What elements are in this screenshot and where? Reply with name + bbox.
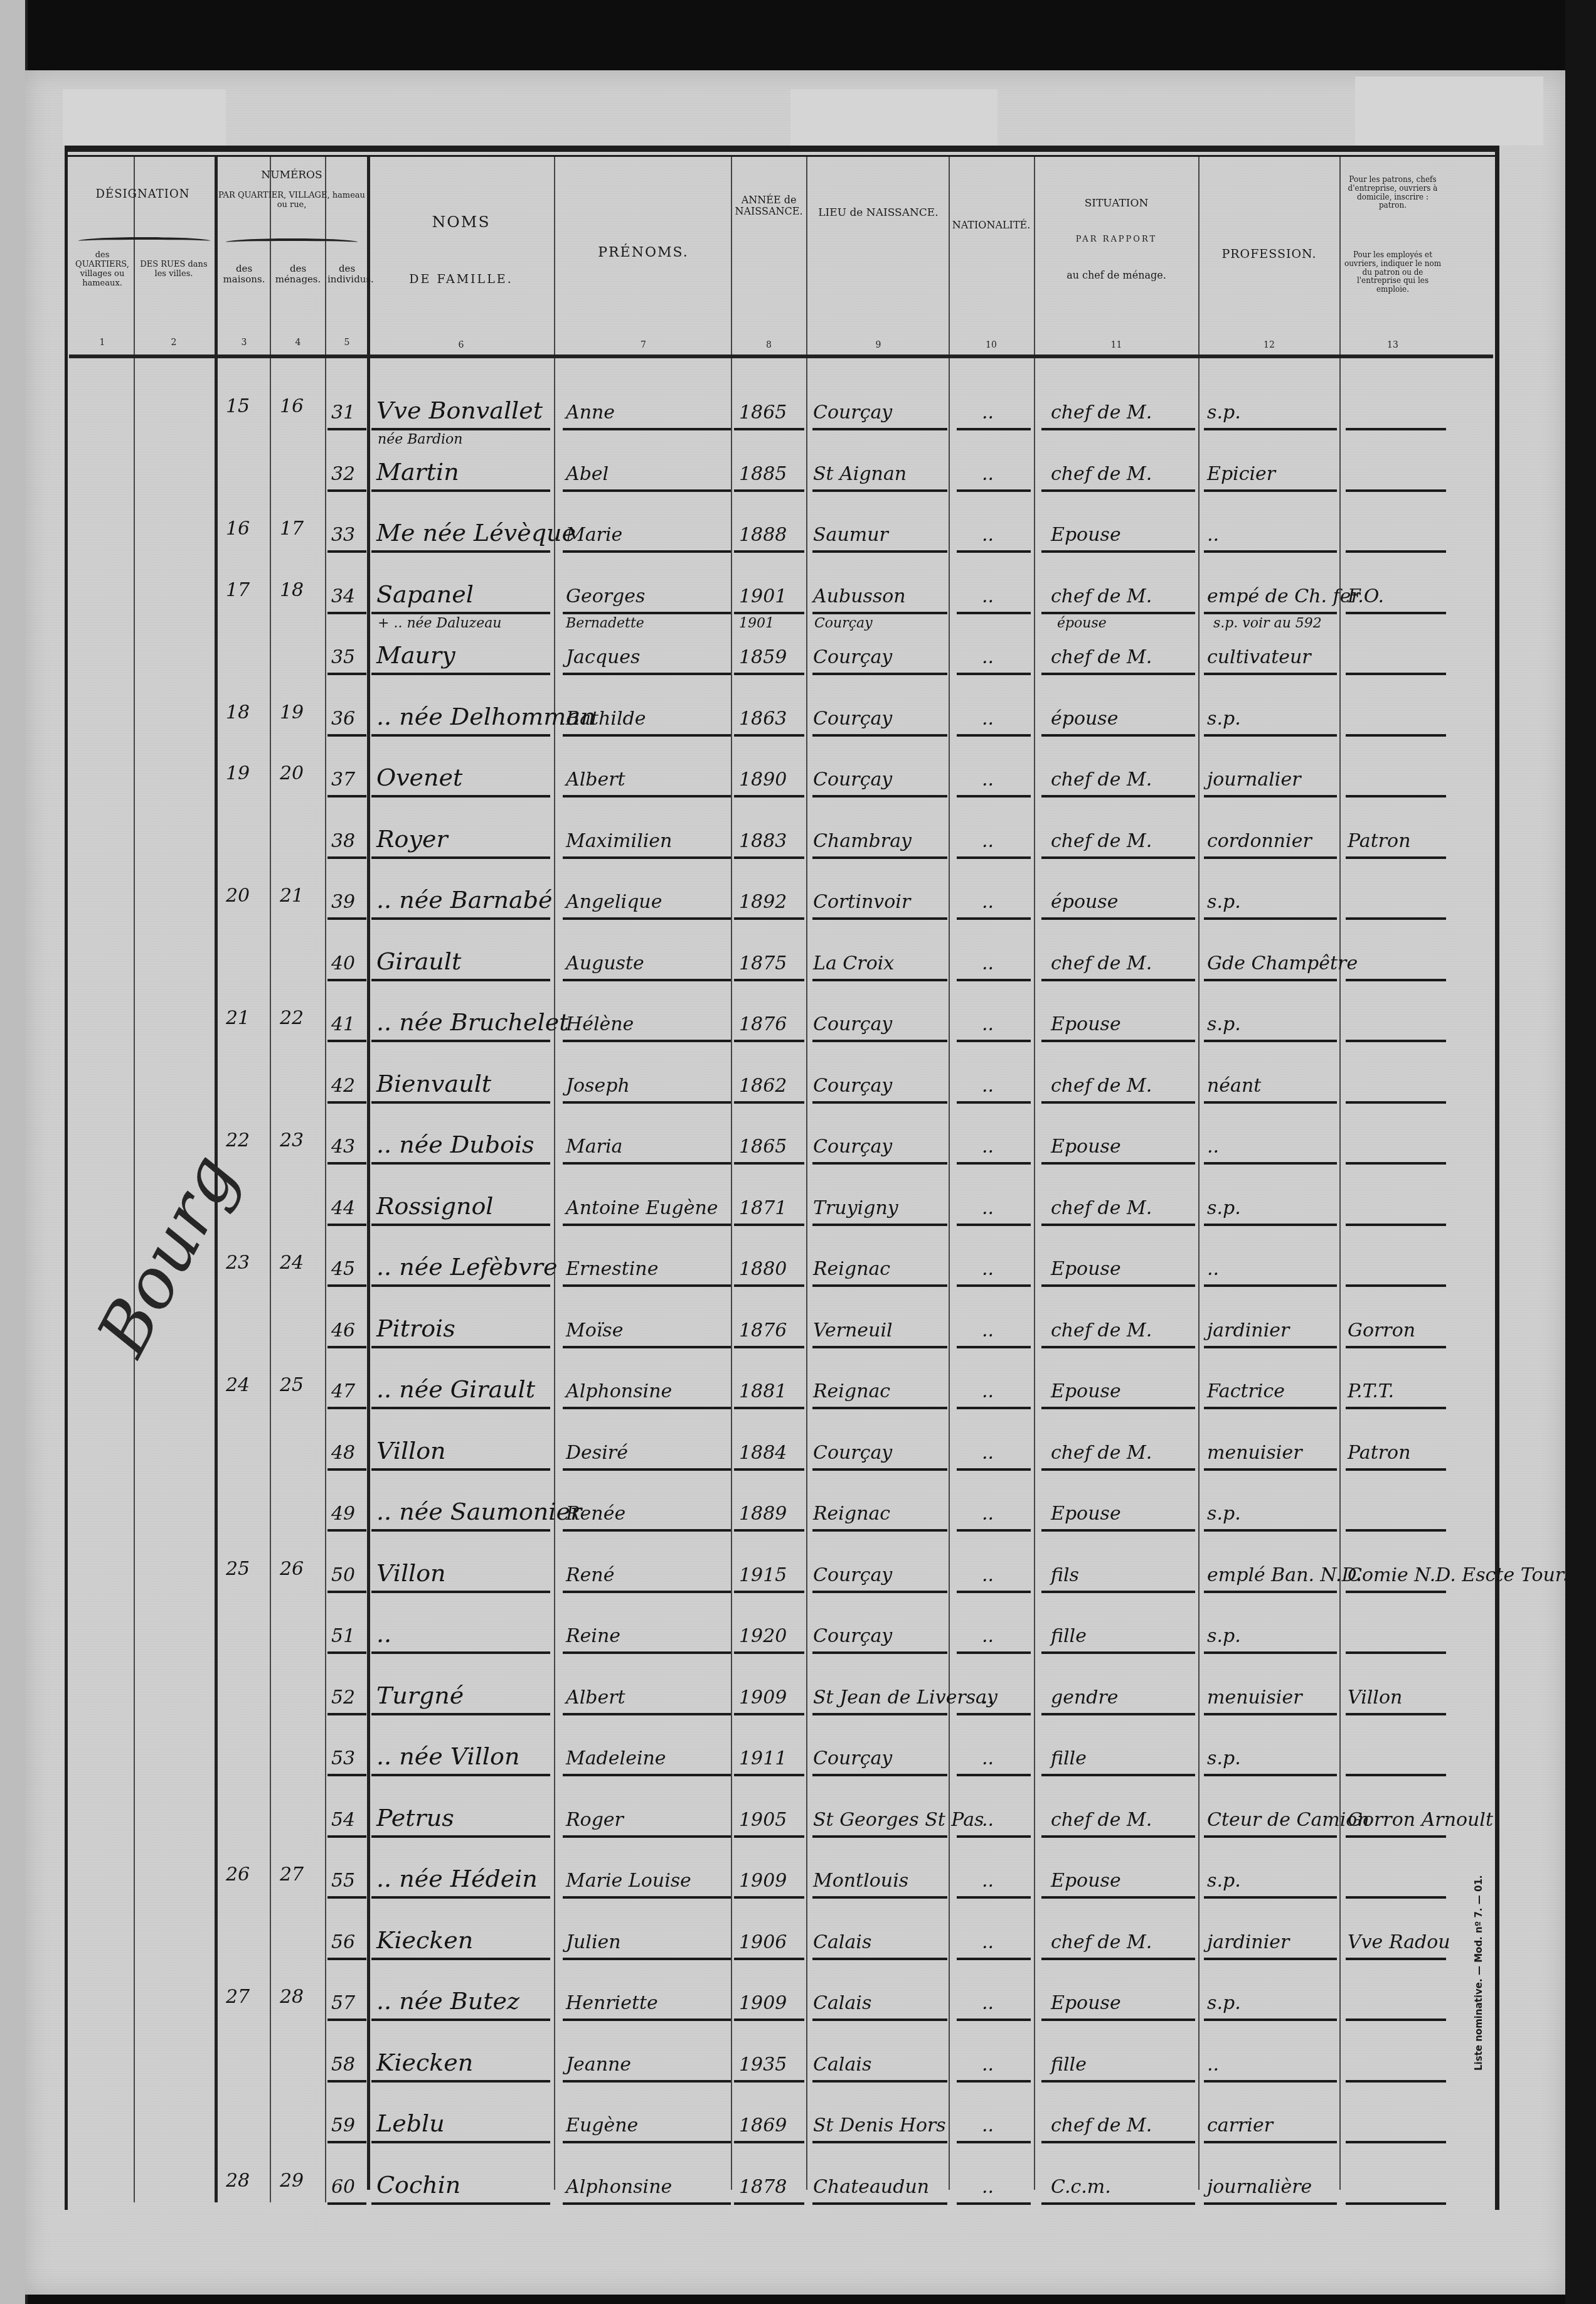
entry-rule xyxy=(327,1224,366,1226)
entry-rule xyxy=(957,2141,1031,2143)
entry-rule xyxy=(734,550,804,553)
entry-rule xyxy=(371,1835,550,1838)
entry-rule xyxy=(812,979,947,981)
header-lieu: LIEU de NAISSANCE. xyxy=(809,207,947,220)
entry-rule xyxy=(1204,917,1337,920)
entry-rule xyxy=(1041,1958,1195,1960)
individual-number: 38 xyxy=(331,830,369,852)
given-name: Eugène xyxy=(566,2115,638,2136)
col-number: 7 xyxy=(557,340,730,350)
entry-rule xyxy=(734,917,804,920)
entry-rule xyxy=(1346,1591,1446,1593)
header-par-rapport: PAR RAPPORT xyxy=(1036,235,1196,245)
entry-rule xyxy=(1346,1896,1446,1899)
entry-rule xyxy=(1041,1774,1195,1776)
entry-rule xyxy=(1204,612,1337,614)
entry-rule xyxy=(1346,2019,1446,2021)
household-situation: Epouse xyxy=(1051,1136,1121,1158)
family-name: Girault xyxy=(376,947,461,975)
family-name: Villon xyxy=(376,1437,446,1464)
entry-rule xyxy=(957,856,1031,859)
entry-rule xyxy=(1204,1101,1337,1104)
col-number: 4 xyxy=(272,338,324,348)
birth-year: 1865 xyxy=(739,1136,787,1158)
birth-year: 1915 xyxy=(739,1564,787,1586)
given-name: Bathilde xyxy=(566,708,646,730)
birth-year: 1920 xyxy=(739,1625,787,1647)
birthplace: Reignac xyxy=(813,1258,890,1280)
entry-rule xyxy=(371,1162,550,1165)
household-number: 26 xyxy=(280,1558,317,1580)
profession: carrier xyxy=(1207,2115,1273,2136)
col-number: 9 xyxy=(809,340,947,350)
profession: .. xyxy=(1207,1136,1219,1158)
entry-rule xyxy=(327,1040,366,1042)
house-number: 23 xyxy=(226,1252,263,1274)
col-divider xyxy=(270,157,271,2202)
entry-rule xyxy=(563,2019,731,2021)
entry-rule xyxy=(1346,2141,1446,2143)
entry-rule xyxy=(734,2141,804,2143)
entry-rule xyxy=(1204,1407,1337,1409)
birth-year: 1935 xyxy=(739,2054,787,2076)
entry-rule xyxy=(327,550,366,553)
header-employe-note: Pour les employés et ouvriers, indiquer … xyxy=(1343,251,1443,294)
household-situation: chef de M. xyxy=(1051,1075,1152,1097)
given-name: Renée xyxy=(566,1503,625,1525)
profession: .. xyxy=(1207,2054,1219,2076)
entry-rule xyxy=(563,1101,731,1104)
entry-rule xyxy=(734,489,804,492)
birthplace: Chambray xyxy=(813,830,912,852)
individual-number: 60 xyxy=(331,2176,369,2198)
header-top-rule-thin xyxy=(65,155,1496,157)
entry-rule xyxy=(327,1529,366,1532)
entry-rule xyxy=(1041,856,1195,859)
entry-rule xyxy=(1041,489,1195,492)
entry-rule xyxy=(734,612,804,614)
individual-number: 52 xyxy=(331,1687,369,1709)
birth-year: 1880 xyxy=(739,1258,787,1280)
household-number: 17 xyxy=(280,518,317,540)
header-col1: des QUARTIERS, villages ou hameaux. xyxy=(74,251,130,289)
individual-number: 45 xyxy=(331,1258,369,1280)
entry-rule xyxy=(327,2080,366,2083)
nationality: .. xyxy=(982,1747,994,1769)
birthplace: Courçay xyxy=(813,769,892,791)
entry-rule xyxy=(563,1774,731,1776)
entry-rule xyxy=(327,795,366,797)
house-number: 20 xyxy=(226,885,263,907)
household-situation: Epouse xyxy=(1051,1992,1121,2014)
col-divider xyxy=(731,157,732,2190)
given-name: Georges xyxy=(566,585,645,607)
household-number: 18 xyxy=(280,579,317,601)
given-name: Joseph xyxy=(566,1075,630,1097)
nationality: .. xyxy=(982,2115,994,2136)
entry-rule xyxy=(812,550,947,553)
birth-year: 1863 xyxy=(739,708,787,730)
entry-rule xyxy=(327,612,366,614)
entry-rule xyxy=(812,856,947,859)
household-number: 24 xyxy=(280,1252,317,1274)
entry-rule xyxy=(957,1529,1031,1532)
entry-rule xyxy=(734,1651,804,1654)
profession-note: s.p. voir au 592 xyxy=(1213,616,1322,631)
scan-background xyxy=(1565,0,1596,2304)
household-number: 23 xyxy=(280,1129,317,1151)
entry-rule xyxy=(563,428,731,430)
given-name: Maximilien xyxy=(566,830,672,852)
birth-year: 1901 xyxy=(739,585,787,607)
entry-rule xyxy=(812,1529,947,1532)
header-de-famille: DE FAMILLE. xyxy=(370,273,552,287)
entry-rule xyxy=(957,1958,1031,1960)
entry-rule xyxy=(812,1162,947,1165)
entry-rule xyxy=(812,1835,947,1838)
entry-rule xyxy=(1204,1835,1337,1838)
header-numeros-sub: PAR QUARTIER, VILLAGE, hameau ou rue, xyxy=(216,191,367,210)
entry-rule xyxy=(957,2019,1031,2021)
birth-year: 1871 xyxy=(739,1197,787,1219)
given-name: Reine xyxy=(566,1625,620,1647)
family-name: .. née Lefèbvre xyxy=(376,1253,558,1281)
given-name: Julien xyxy=(566,1931,621,1953)
col-number: 2 xyxy=(137,338,211,348)
entry-rule xyxy=(327,2202,366,2205)
household-situation: gendre xyxy=(1051,1687,1119,1709)
profession: menuisier xyxy=(1207,1442,1302,1464)
entry-rule xyxy=(563,1407,731,1409)
entry-rule xyxy=(563,1651,731,1654)
family-name: Royer xyxy=(376,825,448,853)
profession: journalier xyxy=(1207,769,1301,791)
family-name: Kiecken xyxy=(376,1926,473,1954)
birthplace: Truyigny xyxy=(813,1197,898,1219)
census-table-frame xyxy=(65,146,1499,2210)
entry-rule xyxy=(957,2080,1031,2083)
entry-rule xyxy=(812,1040,947,1042)
entry-rule xyxy=(563,856,731,859)
header-swash xyxy=(226,238,358,246)
entry-rule xyxy=(371,856,550,859)
birthplace: St Georges St Pas xyxy=(813,1809,984,1831)
entry-rule xyxy=(327,856,366,859)
entry-rule xyxy=(371,1651,550,1654)
individual-number: 54 xyxy=(331,1809,369,1831)
profession: cultivateur xyxy=(1207,646,1311,668)
family-name: Rossignol xyxy=(376,1192,493,1220)
profession: .. xyxy=(1207,1258,1219,1280)
family-name: Me née Lévèque xyxy=(376,519,576,547)
entry-rule xyxy=(1204,550,1337,553)
entry-rule xyxy=(734,1591,804,1593)
entry-rule xyxy=(563,979,731,981)
entry-rule xyxy=(1346,489,1446,492)
entry-rule xyxy=(1041,1651,1195,1654)
given-name: Antoine Eugène xyxy=(566,1197,718,1219)
birth-year: 1862 xyxy=(739,1075,787,1097)
col-divider xyxy=(949,157,950,2190)
entry-rule xyxy=(1041,1224,1195,1226)
entry-rule xyxy=(563,673,731,675)
entry-rule xyxy=(812,2080,947,2083)
house-number: 16 xyxy=(226,518,263,540)
entry-rule xyxy=(1346,1958,1446,1960)
household-number: 22 xyxy=(280,1007,317,1029)
entry-rule xyxy=(957,1896,1031,1899)
birth-year: 1883 xyxy=(739,830,787,852)
entry-rule xyxy=(1204,673,1337,675)
entry-rule xyxy=(1041,1896,1195,1899)
family-name: Turgné xyxy=(376,1682,464,1709)
entry-rule xyxy=(1041,979,1195,981)
birth-year: 1909 xyxy=(739,1992,787,2014)
entry-rule xyxy=(957,1774,1031,1776)
given-name: Roger xyxy=(566,1809,624,1831)
profession: Factrice xyxy=(1207,1380,1285,1402)
situation-note: épouse xyxy=(1057,616,1107,631)
entry-rule xyxy=(812,1713,947,1715)
entry-rule xyxy=(1204,856,1337,859)
entry-rule xyxy=(1346,2080,1446,2083)
nationality: .. xyxy=(982,1442,994,1464)
header-designation: DÉSIGNATION xyxy=(75,188,210,201)
header-noms: NOMS xyxy=(370,213,552,232)
house-number: 25 xyxy=(226,1558,263,1580)
birth-year: 1890 xyxy=(739,769,787,791)
entry-rule xyxy=(734,2080,804,2083)
birth-year: 1859 xyxy=(739,646,787,668)
house-number: 21 xyxy=(226,1007,263,1029)
given-name: Jeanne xyxy=(566,2054,631,2076)
birthplace: St Jean de Liversay xyxy=(813,1687,997,1709)
entry-rule xyxy=(327,1835,366,1838)
entry-rule xyxy=(734,1101,804,1104)
entry-rule xyxy=(1346,612,1446,614)
family-name: Pitrois xyxy=(376,1315,455,1342)
individual-number: 49 xyxy=(331,1503,369,1525)
household-number: 28 xyxy=(280,1986,317,2008)
family-name-note: née Bardion xyxy=(378,432,463,447)
entry-rule xyxy=(812,917,947,920)
entry-rule xyxy=(1204,428,1337,430)
birthplace: St Aignan xyxy=(813,463,907,485)
household-situation: chef de M. xyxy=(1051,585,1152,607)
entry-rule xyxy=(957,1407,1031,1409)
nationality: .. xyxy=(982,1258,994,1280)
individual-number: 35 xyxy=(331,646,369,668)
profession: s.p. xyxy=(1207,891,1241,913)
entry-rule xyxy=(957,612,1031,614)
birth-year: 1865 xyxy=(739,402,787,424)
household-situation: chef de M. xyxy=(1051,830,1152,852)
entry-rule xyxy=(734,1529,804,1532)
birthplace: Calais xyxy=(813,1931,871,1953)
profession: s.p. xyxy=(1207,708,1241,730)
col-number: 12 xyxy=(1200,340,1339,350)
birthplace: Cortinvoir xyxy=(813,891,910,913)
entry-rule xyxy=(812,1774,947,1776)
entry-rule xyxy=(812,734,947,737)
employer: Gorron xyxy=(1348,1320,1415,1341)
entry-rule xyxy=(371,979,550,981)
entry-rule xyxy=(563,917,731,920)
household-situation: fille xyxy=(1051,1747,1087,1769)
entry-rule xyxy=(327,1162,366,1165)
entry-rule xyxy=(734,1835,804,1838)
col-number: 3 xyxy=(220,338,269,348)
entry-rule xyxy=(734,2019,804,2021)
given-name: Angelique xyxy=(566,891,662,913)
entry-rule xyxy=(1346,734,1446,737)
entry-rule xyxy=(327,1651,366,1654)
entry-rule xyxy=(1346,2202,1446,2205)
birth-year: 1911 xyxy=(739,1747,787,1769)
entry-rule xyxy=(812,1958,947,1960)
entry-rule xyxy=(371,1896,550,1899)
entry-rule xyxy=(734,1407,804,1409)
individual-number: 47 xyxy=(331,1380,369,1402)
birth-year: 1885 xyxy=(739,463,787,485)
birthplace: Courçay xyxy=(813,1747,892,1769)
entry-rule xyxy=(812,673,947,675)
given-name-note: Bernadette xyxy=(566,616,644,631)
col-divider xyxy=(1339,157,1341,2190)
entry-rule xyxy=(1204,2080,1337,2083)
entry-rule xyxy=(1204,1224,1337,1226)
entry-rule xyxy=(734,428,804,430)
nationality: .. xyxy=(982,1687,994,1709)
profession: .. xyxy=(1207,524,1219,546)
entry-rule xyxy=(1204,1162,1337,1165)
entry-rule xyxy=(563,612,731,614)
birthplace: Verneuil xyxy=(813,1320,893,1341)
nationality: .. xyxy=(982,1320,994,1341)
torn-paper-edge xyxy=(1355,77,1543,146)
header-prenoms: PRÉNOMS. xyxy=(557,245,730,260)
nationality: .. xyxy=(982,1013,994,1035)
given-name: Anne xyxy=(566,402,615,424)
nationality: .. xyxy=(982,830,994,852)
entry-rule xyxy=(327,1284,366,1287)
profession: Gde Champêtre xyxy=(1207,952,1358,974)
birth-year: 1875 xyxy=(739,952,787,974)
header-top-rule xyxy=(65,146,1496,152)
family-name: .. née Bruchelet xyxy=(376,1008,569,1036)
entry-rule xyxy=(1204,734,1337,737)
birthplace: Courçay xyxy=(813,646,892,668)
entry-rule xyxy=(563,1468,731,1471)
profession: emplé Ban. N.D. xyxy=(1207,1564,1362,1586)
entry-rule xyxy=(371,1040,550,1042)
entry-rule xyxy=(563,2141,731,2143)
entry-rule xyxy=(327,1468,366,1471)
profession: jardinier xyxy=(1207,1320,1289,1341)
house-number: 24 xyxy=(226,1374,263,1396)
employer: Patron xyxy=(1348,830,1411,852)
given-name: Albert xyxy=(566,1687,625,1709)
header-nationalite: NATIONALITÉ. xyxy=(950,220,1032,231)
given-name: Alphonsine xyxy=(566,2176,672,2198)
col-divider xyxy=(806,157,807,2190)
nationality: .. xyxy=(982,524,994,546)
entry-rule xyxy=(1204,2019,1337,2021)
entry-rule xyxy=(1041,1284,1195,1287)
entry-rule xyxy=(327,1407,366,1409)
entry-rule xyxy=(957,1162,1031,1165)
entry-rule xyxy=(812,1224,947,1226)
entry-rule xyxy=(371,1713,550,1715)
household-number: 20 xyxy=(280,762,317,784)
entry-rule xyxy=(1346,1284,1446,1287)
profession: s.p. xyxy=(1207,1503,1241,1525)
birthplace: Courçay xyxy=(813,1013,892,1035)
given-name: Henriette xyxy=(566,1992,658,2014)
entry-rule xyxy=(1204,1958,1337,1960)
entry-rule xyxy=(563,1591,731,1593)
birth-year: 1884 xyxy=(739,1442,787,1464)
profession: journalière xyxy=(1207,2176,1312,2198)
entry-rule xyxy=(563,1040,731,1042)
entry-rule xyxy=(1346,1162,1446,1165)
birthplace: Courçay xyxy=(813,1564,892,1586)
entry-rule xyxy=(1204,489,1337,492)
household-situation: chef de M. xyxy=(1051,1197,1152,1219)
profession: menuisier xyxy=(1207,1687,1302,1709)
col-divider xyxy=(1034,157,1035,2190)
entry-rule xyxy=(1041,673,1195,675)
birthplace: Courçay xyxy=(813,1075,892,1097)
col-divider xyxy=(325,157,326,2202)
entry-rule xyxy=(563,1162,731,1165)
entry-rule xyxy=(327,428,366,430)
entry-rule xyxy=(1346,1774,1446,1776)
birth-year: 1909 xyxy=(739,1870,787,1892)
nationality: .. xyxy=(982,585,994,607)
individual-number: 48 xyxy=(331,1442,369,1464)
entry-rule xyxy=(734,1284,804,1287)
header-patron-note: Pour les patrons, chefs d'entreprise, ou… xyxy=(1343,176,1443,210)
col-number: 10 xyxy=(950,340,1032,350)
birthplace: Courçay xyxy=(813,708,892,730)
nationality: .. xyxy=(982,952,994,974)
birth-year: 1909 xyxy=(739,1687,787,1709)
entry-rule xyxy=(812,1407,947,1409)
entry-rule xyxy=(812,2202,947,2205)
nationality: .. xyxy=(982,1380,994,1402)
entry-rule xyxy=(957,550,1031,553)
employer: Comie N.D. Escte Tours xyxy=(1348,1564,1574,1586)
birthplace: Courçay xyxy=(813,402,892,424)
entry-rule xyxy=(812,795,947,797)
family-name: Kiecken xyxy=(376,2049,473,2076)
header-annee: ANNÉE de NAISSANCE. xyxy=(733,195,805,218)
family-name: Leblu xyxy=(376,2109,445,2137)
entry-rule xyxy=(563,1713,731,1715)
individual-number: 33 xyxy=(331,524,369,546)
individual-number: 56 xyxy=(331,1931,369,1953)
entry-rule xyxy=(957,428,1031,430)
entry-rule xyxy=(734,1896,804,1899)
entry-rule xyxy=(1346,1346,1446,1348)
individual-number: 58 xyxy=(331,2054,369,2076)
entry-rule xyxy=(1041,1162,1195,1165)
household-situation: Epouse xyxy=(1051,1870,1121,1892)
entry-rule xyxy=(734,1713,804,1715)
birthplace: Reignac xyxy=(813,1503,890,1525)
birthplace: Aubusson xyxy=(813,585,906,607)
